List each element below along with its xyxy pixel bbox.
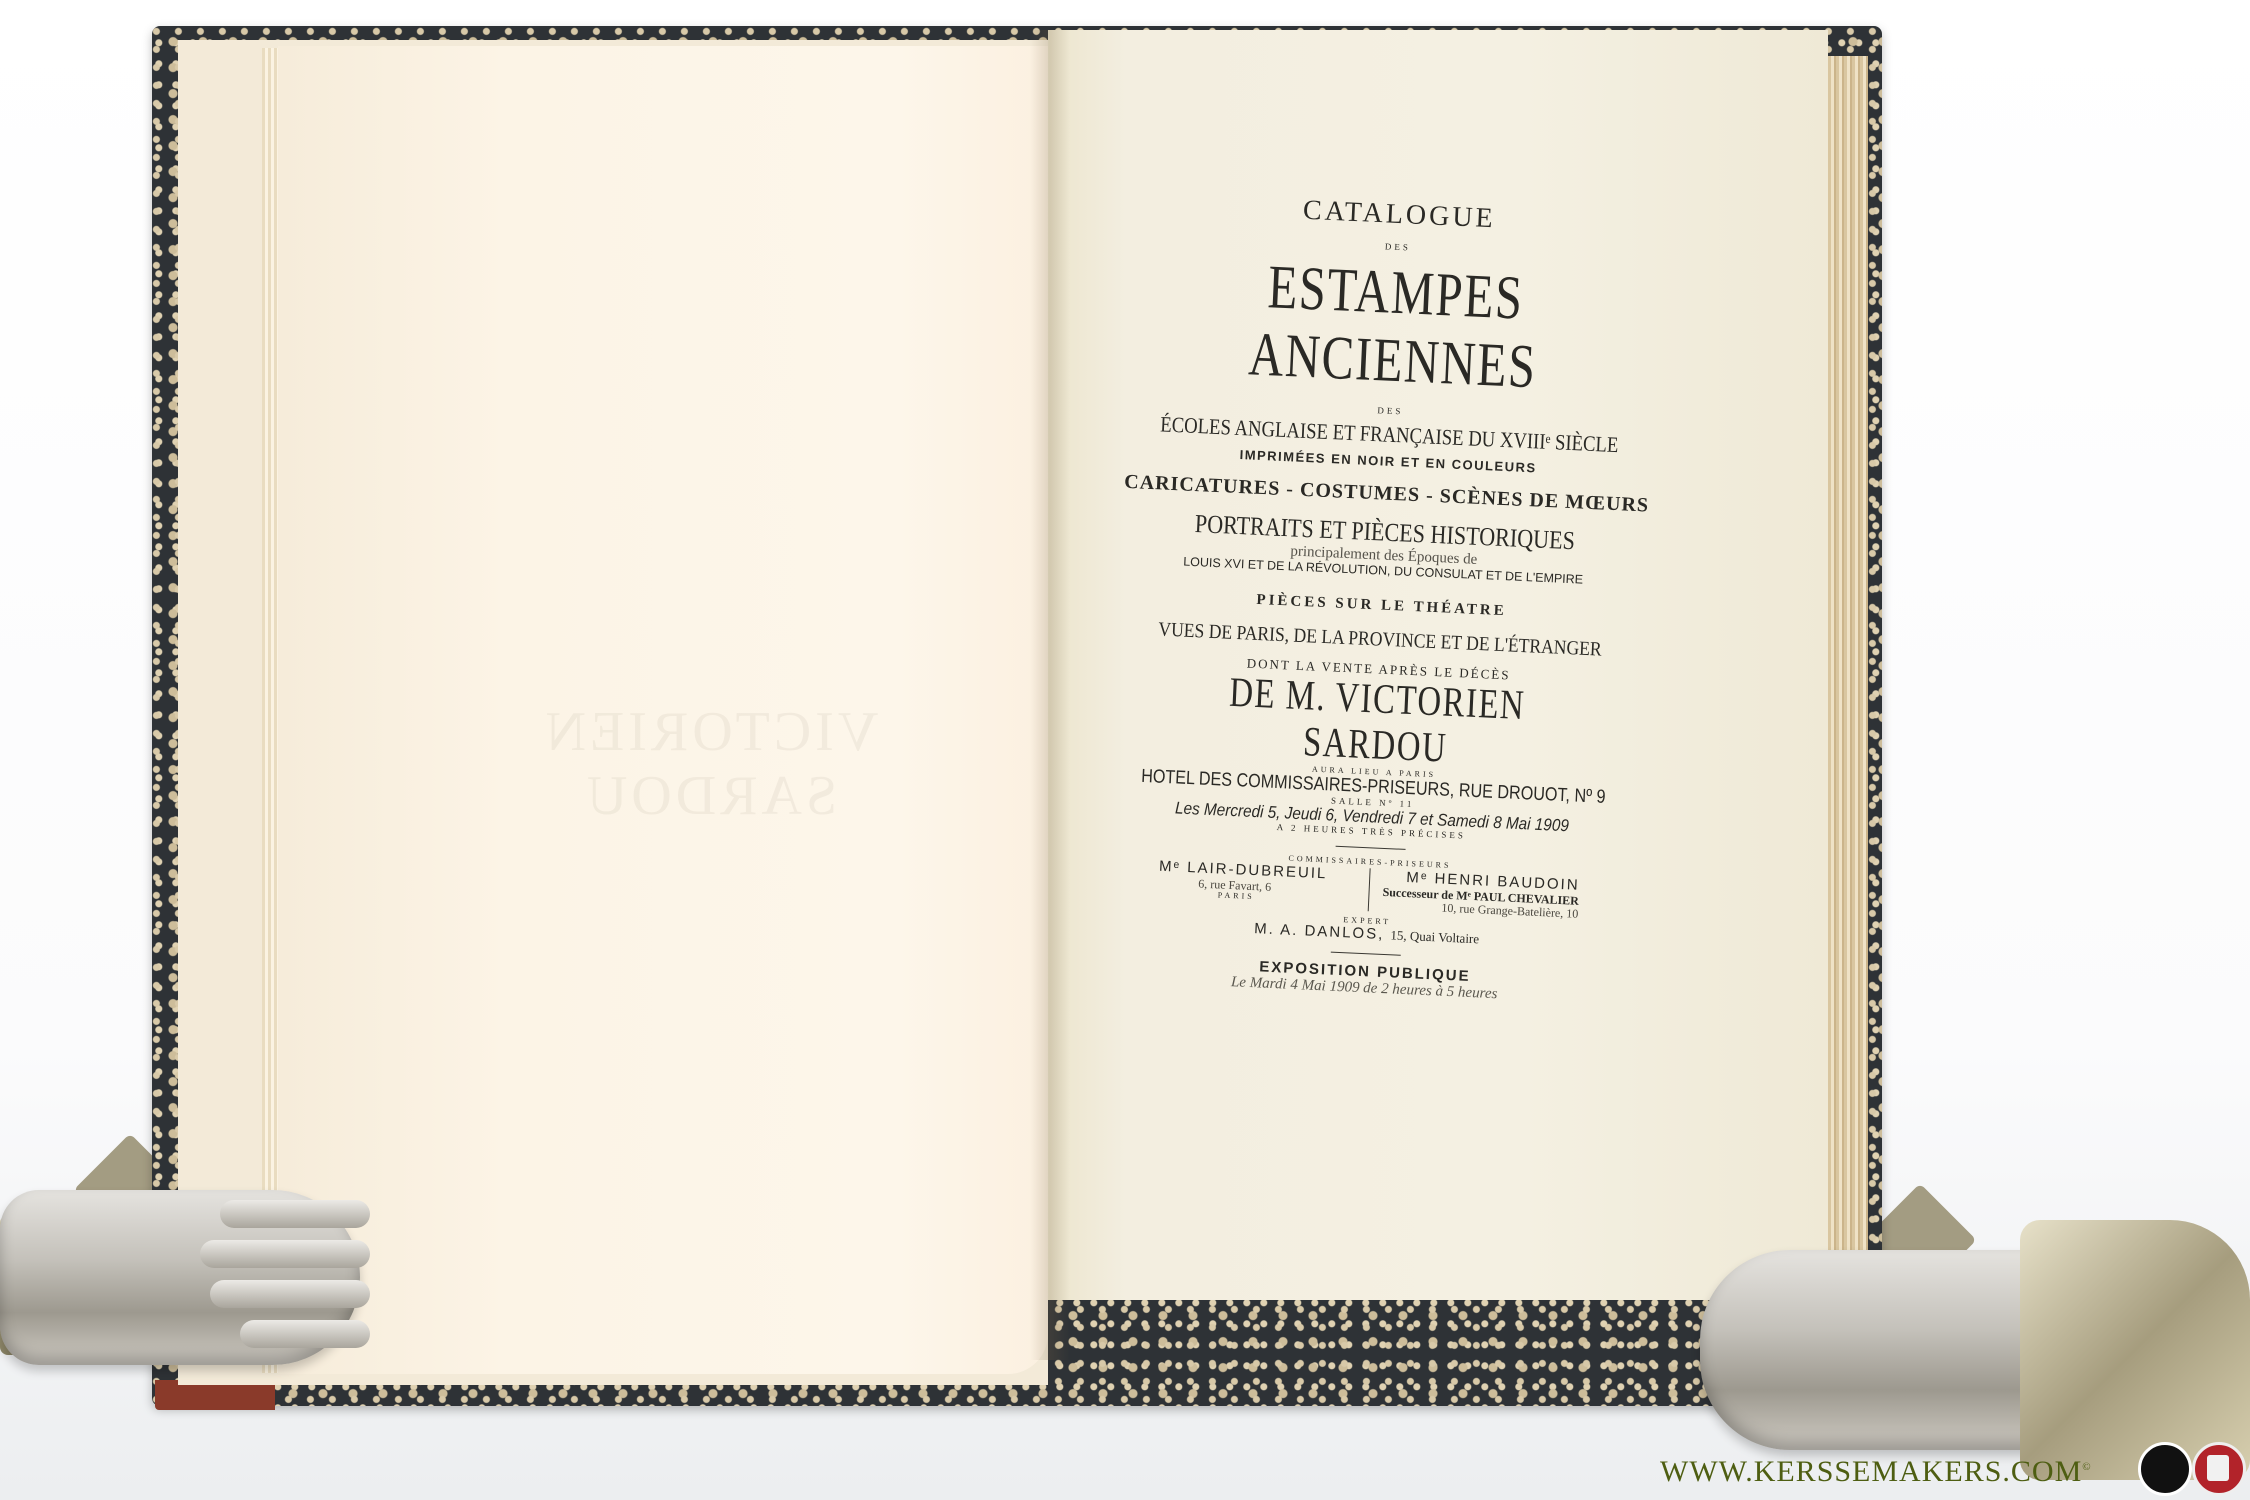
show-through-text: VICTORIEN SARDOU: [450, 700, 970, 828]
silver-hand-bookend-left: [0, 1190, 360, 1365]
bookend-cuff-right: [2020, 1220, 2250, 1480]
divider-2: [1331, 951, 1401, 955]
collector-name: DE M. VICTORIEN SARDOU: [1156, 667, 1597, 779]
amor-librorum-logo-icon: [2192, 1442, 2246, 1496]
auctioneer-1: Mᵉ LAIR-DUBREUIL 6, rue Favart, 6 PARIS: [1157, 859, 1370, 911]
expert-address: 15, Quai Voltaire: [1390, 927, 1479, 946]
divider: [1336, 845, 1406, 849]
watermark: WWW.KERSSEMAKERS.COM©: [1660, 1455, 2092, 1489]
copyright-icon: ©: [2082, 1461, 2091, 1473]
book-gutter: [1030, 30, 1070, 1360]
book-emblem-icon: [2207, 1455, 2229, 1481]
watermark-text: WWW.KERSSEMAKERS.COM: [1660, 1455, 2082, 1488]
auctioneer-2: Mᵉ HENRI BAUDOIN Successeur de Mᵉ PAUL C…: [1368, 869, 1580, 921]
finger: [200, 1240, 370, 1268]
finger: [220, 1200, 370, 1228]
left-page-edges: [262, 48, 278, 1373]
title-page: CATALOGUE DES ESTAMPES ANCIENNES DES ÉCO…: [1084, 187, 1680, 1009]
finger: [240, 1320, 370, 1348]
right-page-edges: [1828, 56, 1868, 1386]
finger: [210, 1280, 370, 1308]
seal-logo-icon: [2138, 1442, 2192, 1496]
title-estampes-anciennes: ESTAMPES ANCIENNES: [1173, 249, 1616, 405]
